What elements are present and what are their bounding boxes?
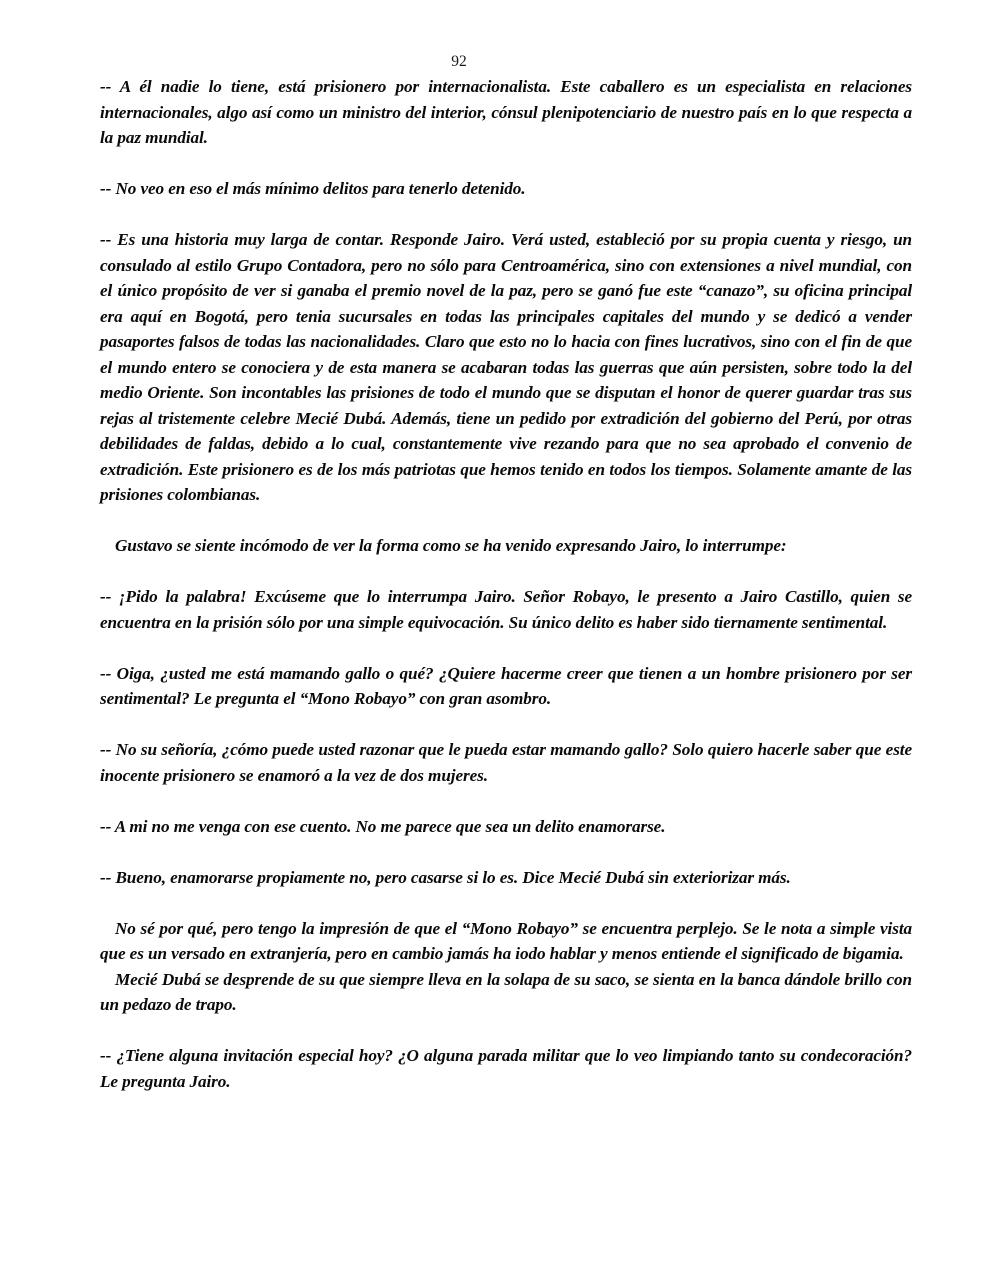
paragraph-dialog-4: -- ¡Pido la palabra! Excúseme que lo int… [100,584,912,635]
paragraph-narration-1: Gustavo se siente incómodo de ver la for… [100,533,912,559]
page-number: 92 [0,0,918,71]
paragraph-dialog-6: -- No su señoría, ¿cómo puede usted razo… [100,737,912,788]
paragraph-dialog-8: -- Bueno, enamorarse propiamente no, per… [100,865,912,891]
paragraph-narration-2: No sé por qué, pero tengo la impresión d… [100,916,912,967]
paragraph-narration-3: Mecié Dubá se desprende de su que siempr… [100,967,912,1018]
paragraph-dialog-2: -- No veo en eso el más mínimo delitos p… [100,176,912,202]
paragraph-dialog-5: -- Oiga, ¿usted me está mamando gallo o … [100,661,912,712]
paragraph-dialog-7: -- A mi no me venga con ese cuento. No m… [100,814,912,840]
paragraph-dialog-1: -- A él nadie lo tiene, está prisionero … [100,74,912,151]
page-text: -- A él nadie lo tiene, está prisionero … [100,74,912,1094]
paragraph-dialog-9: -- ¿Tiene alguna invitación especial hoy… [100,1043,912,1094]
paragraph-dialog-3: -- Es una historia muy larga de contar. … [100,227,912,508]
book-page: 92 -- A él nadie lo tiene, está prisione… [0,0,990,1280]
